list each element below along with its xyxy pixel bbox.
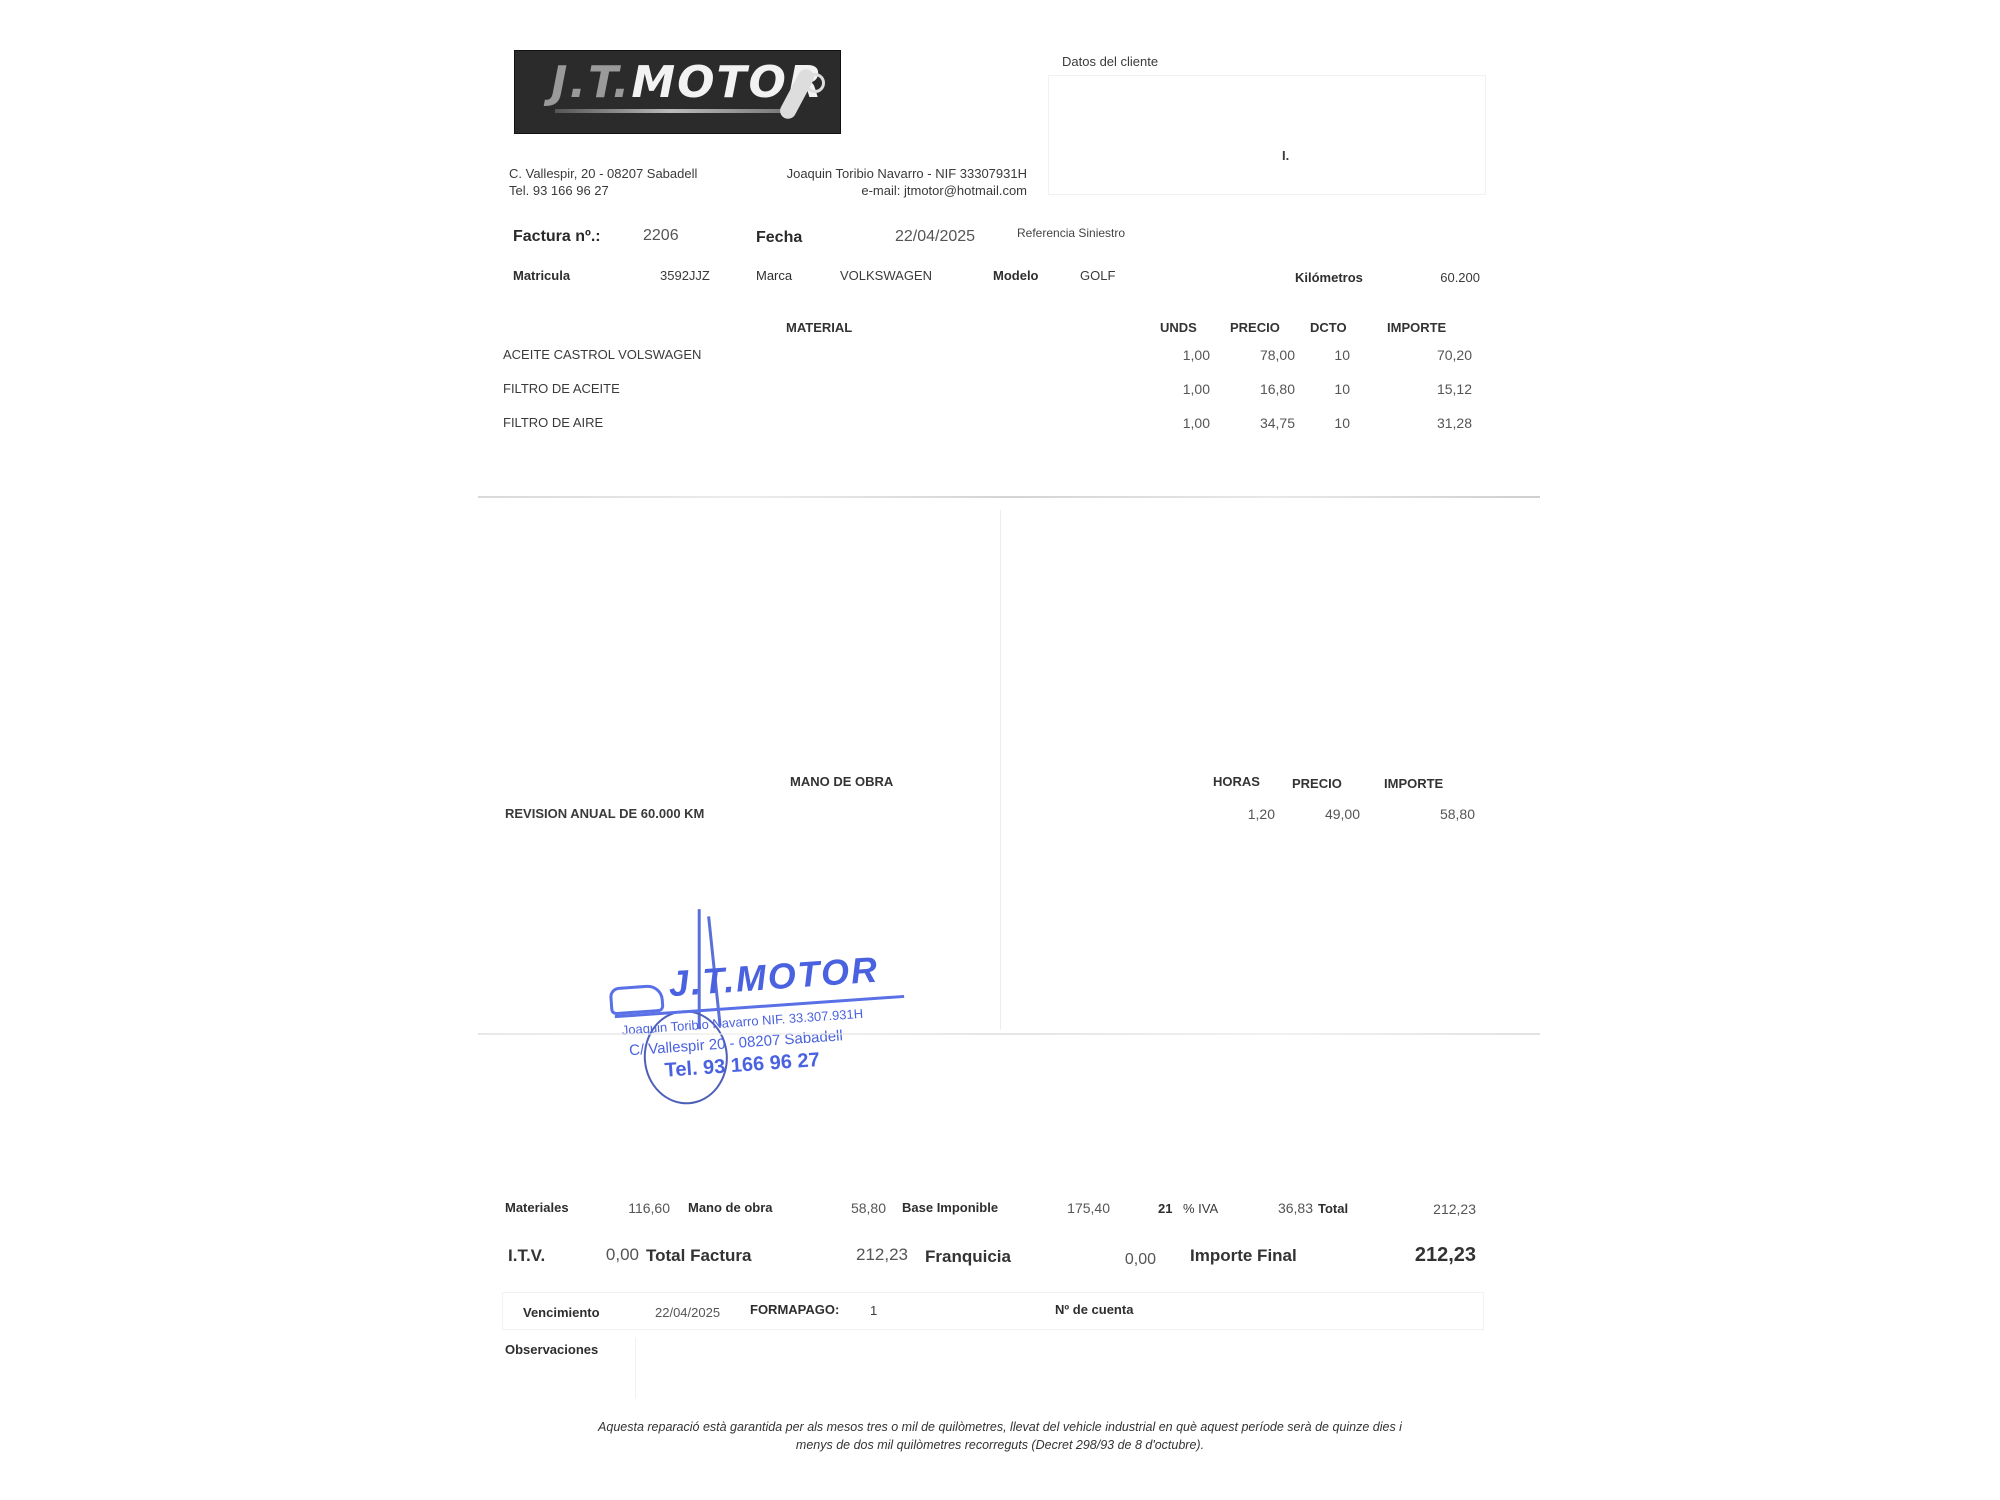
km-value: 60.200 [1400, 270, 1480, 285]
total-label: Total [1318, 1201, 1348, 1216]
price-header: PRECIO [1230, 320, 1280, 335]
company-address: C. Vallespir, 20 - 08207 Sabadell [509, 166, 697, 181]
vat-label: % IVA [1183, 1201, 1218, 1216]
amount-header: IMPORTE [1387, 320, 1446, 335]
labor-price-header: PRECIO [1292, 776, 1342, 791]
km-label: Kilómetros [1295, 270, 1363, 285]
company-phone: Tel. 93 166 96 27 [509, 183, 609, 198]
section-divider [478, 496, 1540, 498]
materials-header: MATERIAL [786, 320, 852, 335]
labor-header: MANO DE OBRA [790, 774, 893, 789]
materials-total: 116,60 [610, 1200, 670, 1216]
brand-label: Marca [756, 268, 792, 283]
disclaimer-line-1: Aquesta reparació està garantida per als… [510, 1418, 1490, 1436]
base-label: Base Imponible [902, 1200, 998, 1215]
company-email: e-mail: jtmotor@hotmail.com [752, 183, 1027, 198]
itv-value: 0,00 [595, 1245, 639, 1265]
material-description: ACEITE CASTROL VOLSWAGEN [503, 347, 701, 362]
plate-value: 3592JJZ [660, 268, 710, 283]
itv-label: I.T.V. [508, 1246, 545, 1266]
client-box [1048, 75, 1486, 195]
vat-value: 36,83 [1260, 1200, 1313, 1216]
payment-method-value: 1 [870, 1303, 877, 1318]
labor-description: REVISION ANUAL DE 60.000 KM [505, 806, 704, 821]
material-discount: 10 [1320, 415, 1350, 431]
labor-total: 58,80 [830, 1200, 886, 1216]
total-value: 212,23 [1410, 1201, 1476, 1217]
final-amount-label: Importe Final [1190, 1246, 1297, 1266]
company-owner: Joaquin Toribio Navarro - NIF 33307931H [752, 166, 1027, 181]
column-guide [1000, 510, 1001, 1030]
labor-total-label: Mano de obra [688, 1200, 773, 1215]
material-discount: 10 [1320, 347, 1350, 363]
final-amount-value: 212,23 [1380, 1244, 1476, 1267]
discount-header: DCTO [1310, 320, 1347, 335]
material-amount: 15,12 [1400, 381, 1472, 397]
logo-tagline-bar [555, 109, 787, 113]
invoice-number: 2206 [643, 227, 679, 245]
section-divider [478, 1033, 1540, 1035]
observations-box-edge [635, 1338, 636, 1398]
observations-label: Observaciones [505, 1342, 598, 1357]
plate-label: Matricula [513, 268, 570, 283]
material-price: 34,75 [1220, 415, 1295, 431]
due-date-value: 22/04/2025 [655, 1305, 720, 1320]
invoice-total-value: 212,23 [840, 1245, 908, 1265]
account-label: Nº de cuenta [1055, 1302, 1133, 1317]
company-stamp: J.T.MOTOR Joaquin Toribio Navarro NIF. 3… [594, 894, 926, 1106]
labor-amount-header: IMPORTE [1384, 776, 1443, 791]
material-amount: 31,28 [1400, 415, 1472, 431]
invoice-date: 22/04/2025 [895, 228, 975, 246]
material-description: FILTRO DE ACEITE [503, 381, 620, 396]
material-description: FILTRO DE AIRE [503, 415, 603, 430]
disclaimer-line-2: menys de dos mil quilòmetres recorreguts… [510, 1436, 1490, 1454]
model-value: GOLF [1080, 268, 1115, 283]
material-units: 1,00 [1140, 347, 1210, 363]
material-units: 1,00 [1140, 381, 1210, 397]
material-discount: 10 [1320, 381, 1350, 397]
material-units: 1,00 [1140, 415, 1210, 431]
due-date-label: Vencimiento [523, 1305, 600, 1320]
invoice-total-label: Total Factura [646, 1246, 751, 1266]
client-label: Datos del cliente [1062, 54, 1158, 69]
warranty-disclaimer: Aquesta reparació està garantida per als… [510, 1418, 1490, 1454]
labor-amount: 58,80 [1400, 806, 1475, 822]
deductible-label: Franquicia [925, 1247, 1011, 1267]
client-value: I. [1282, 148, 1289, 163]
material-price: 78,00 [1220, 347, 1295, 363]
labor-price: 49,00 [1285, 806, 1360, 822]
material-price: 16,80 [1220, 381, 1295, 397]
base-value: 175,40 [1050, 1200, 1110, 1216]
invoice-date-label: Fecha [756, 229, 802, 247]
brand-value: VOLKSWAGEN [840, 268, 932, 283]
gear-icon [805, 73, 825, 93]
car-icon [609, 984, 665, 1016]
invoice-number-label: Factura nº.: [513, 228, 601, 246]
company-logo: J.T.MOTOR [514, 50, 841, 134]
logo-text: J.T.MOTOR [551, 57, 824, 108]
units-header: UNDS [1160, 320, 1197, 335]
labor-hours: 1,20 [1215, 806, 1275, 822]
payment-method-label: FORMAPAGO: [750, 1302, 839, 1317]
material-amount: 70,20 [1400, 347, 1472, 363]
vat-rate: 21 [1158, 1201, 1172, 1216]
hours-header: HORAS [1213, 774, 1260, 789]
payment-box [502, 1292, 1484, 1330]
deductible-value: 0,00 [1110, 1251, 1156, 1269]
claim-ref-label: Referencia Siniestro [1017, 226, 1125, 240]
model-label: Modelo [993, 268, 1039, 283]
materials-total-label: Materiales [505, 1200, 569, 1215]
